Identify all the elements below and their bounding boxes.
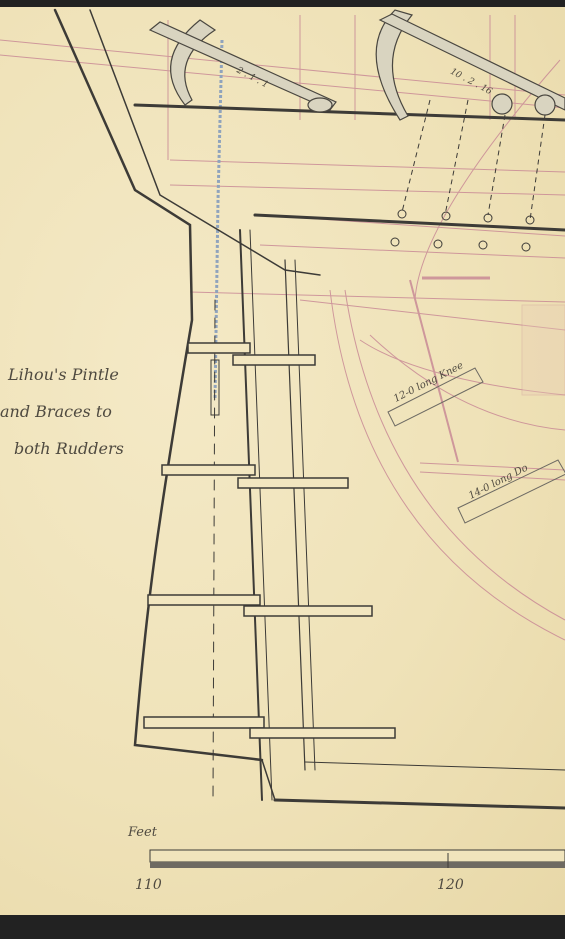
- scale-tick-110: 110: [135, 877, 162, 893]
- ship-draught-drawing: [0, 7, 565, 915]
- scale-bar: [150, 850, 565, 868]
- scale-unit-label: Feet: [128, 825, 157, 840]
- note-line-2: and Braces to: [0, 402, 112, 421]
- scale-tick-120: 120: [437, 877, 464, 893]
- note-line-1: Lihou's Pintle: [8, 365, 119, 384]
- image-frame: Lihou's Pintle and Braces to both Rudder…: [0, 0, 565, 939]
- rudder-braces: [144, 343, 395, 738]
- anchor-icon: [150, 10, 565, 120]
- note-line-3: both Rudders: [14, 439, 124, 458]
- drawing-sheet: Lihou's Pintle and Braces to both Rudder…: [0, 7, 565, 915]
- stern-post-outline: [55, 10, 565, 808]
